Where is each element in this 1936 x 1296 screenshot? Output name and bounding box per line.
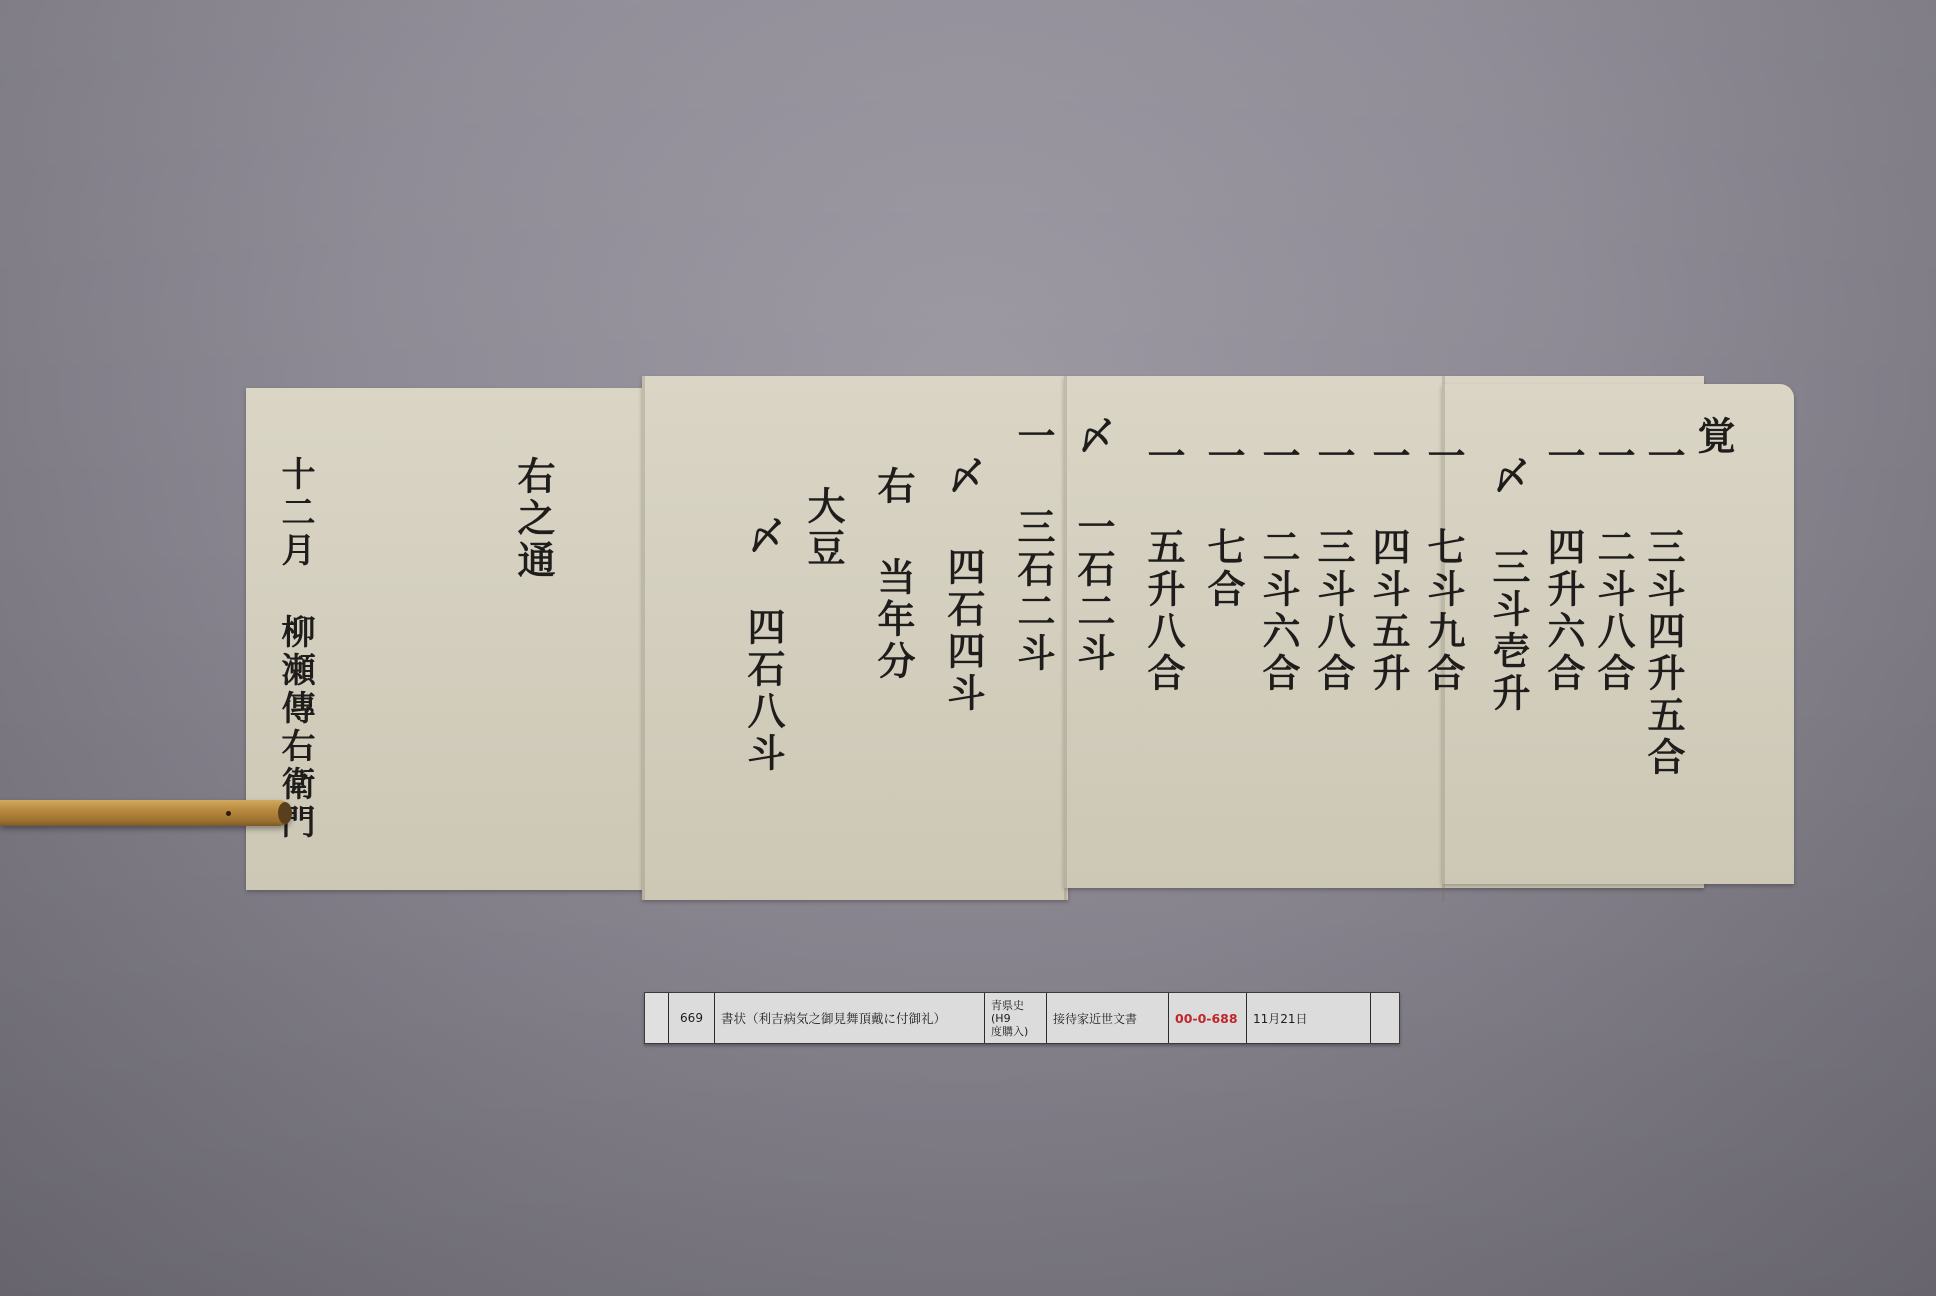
handwriting-column: 一 四斗五升 bbox=[1369, 436, 1407, 695]
label-source: 青県史(H9 度購入) bbox=[985, 993, 1047, 1043]
stick-hole bbox=[226, 811, 231, 816]
handwriting-column: 一 七合 bbox=[1204, 436, 1242, 611]
label-blank-cell bbox=[645, 993, 669, 1043]
signature: 十二月 柳瀬傳右衛門 bbox=[278, 456, 312, 842]
handwriting-column: 覚 bbox=[1694, 416, 1732, 458]
handwriting-column: 一 四升六合 bbox=[1544, 436, 1582, 695]
stick-end bbox=[278, 802, 292, 824]
label-blank-cell bbox=[1371, 993, 1399, 1043]
label-title: 書状（利吉病気之御見舞頂戴に付御礼） bbox=[715, 993, 985, 1043]
handwriting-column: 一 五升八合 bbox=[1144, 436, 1182, 695]
handwriting-column: 〆 三斗壱升 bbox=[1489, 456, 1527, 715]
handwriting-column: 一 七斗九合 bbox=[1424, 436, 1462, 695]
handwriting-column: 右 当年分 bbox=[874, 466, 912, 683]
historical-letter: 覚 一 三斗四升五合 一 二斗八合 一 四升六合 〆 三斗壱升 一 七斗九合 一… bbox=[246, 376, 1792, 902]
paper-panel-2 bbox=[642, 376, 1068, 900]
label-date: 11月21日 bbox=[1247, 993, 1371, 1043]
handwriting-column: 一 三斗八合 bbox=[1314, 436, 1352, 695]
catalog-label: 669 書状（利吉病気之御見舞頂戴に付御礼） 青県史(H9 度購入) 接待家近世… bbox=[644, 992, 1400, 1044]
bamboo-pointer-stick bbox=[0, 800, 292, 826]
label-number: 669 bbox=[669, 993, 715, 1043]
handwriting-column: 〆 四石四斗 bbox=[944, 456, 982, 715]
fold-line bbox=[1064, 376, 1067, 902]
handwriting-column: 右之通 bbox=[514, 456, 552, 582]
handwriting-column: 〆 一石二斗 bbox=[1074, 416, 1112, 675]
handwriting-column: 一 三斗四升五合 bbox=[1644, 436, 1682, 779]
handwriting-column: 一 二斗八合 bbox=[1594, 436, 1632, 695]
fold-line bbox=[642, 376, 645, 902]
label-collection: 接待家近世文書 bbox=[1047, 993, 1169, 1043]
handwriting-column: 一 三石二斗 bbox=[1014, 416, 1052, 675]
label-catalog-id: 00-0-688 bbox=[1169, 993, 1247, 1043]
handwriting-column: 一 二斗六合 bbox=[1259, 436, 1297, 695]
handwriting-column: 〆 四石八斗 bbox=[744, 516, 782, 775]
handwriting-column: 大豆 bbox=[804, 486, 842, 570]
